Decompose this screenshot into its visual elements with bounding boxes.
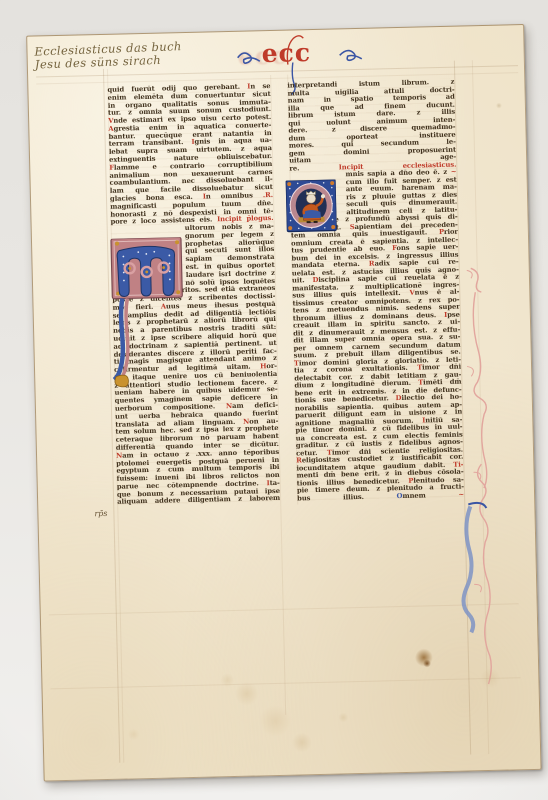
annotation-line-2: Jesu des süns sirach xyxy=(35,53,183,72)
parchment-stain xyxy=(234,681,259,706)
manuscript-leaf: Ecclesiasticus das buch Jesu des süns si… xyxy=(26,24,541,782)
parchment-stain xyxy=(338,712,348,722)
photo-background: { "document": { "type": "medieval manusc… xyxy=(0,0,548,800)
header-flourish-left-icon xyxy=(235,45,264,76)
decorated-initial-m xyxy=(109,237,187,394)
margin-mark: rp̄s xyxy=(94,509,107,518)
ruling-lines xyxy=(27,25,523,37)
running-header: ecc e c c xyxy=(235,35,366,84)
parchment-stain xyxy=(127,728,139,740)
text-column-right: interpretandi istum librum. zmulta uigil… xyxy=(287,79,464,503)
parchment-stain xyxy=(423,659,431,667)
header-letter-e: e xyxy=(261,39,278,69)
historiated-initial-o xyxy=(286,179,337,232)
parchment-stain xyxy=(220,673,234,687)
margin-flourish-icon xyxy=(453,266,507,697)
header-flourish-right-icon xyxy=(337,45,364,68)
stain-group xyxy=(27,25,523,37)
owner-annotation: Ecclesiasticus das buch Jesu des süns si… xyxy=(34,40,182,72)
parchment-stain xyxy=(496,103,502,109)
header-ascender-flourish-icon xyxy=(279,30,310,67)
parchment-stain xyxy=(292,732,312,752)
parchment-stain xyxy=(259,705,292,738)
